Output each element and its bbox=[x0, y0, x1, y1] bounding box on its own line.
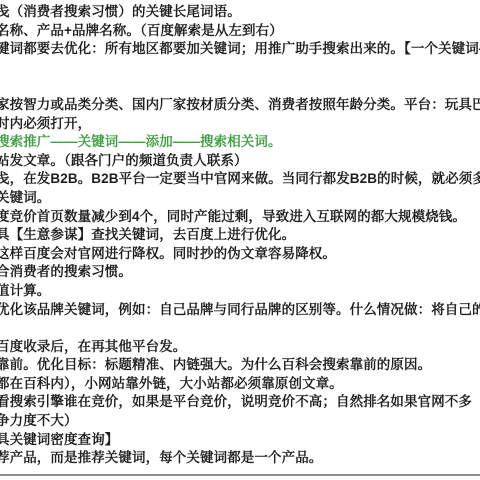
blank-line bbox=[0, 59, 480, 78]
text-line: 具【生意参谋】查找关键词，去百度上进行优化。 bbox=[0, 226, 480, 245]
text-line: 具关键词密度查询】 bbox=[0, 431, 480, 450]
text-line: 看搜索引擎谁在竞价，如果是平台竞价，说明竞价不高；自然排名如果官网不多（平 bbox=[0, 393, 480, 412]
text-line: 时内必须打开， bbox=[0, 115, 480, 134]
text-line: 优化该品牌关键词，例如：自己品牌与同行品牌的区别等。什么情况做：将自己的优 bbox=[0, 301, 480, 320]
bottom-divider-line bbox=[0, 474, 480, 476]
text-line: 争力度不大） bbox=[0, 412, 480, 431]
text-line: 都在百科内），小网站靠外链，大小站都必须靠原创文章。 bbox=[0, 375, 480, 394]
document-page: 戋（消费者搜索习惯）的关键长尾词语。 名称、产品+品牌名称。（百度解索是从左到右… bbox=[0, 0, 480, 480]
text-line: 键词都要去优化：所有地区都要加关键词；用推广助手搜索出来的。【一个关键词—— bbox=[0, 40, 480, 59]
text-line: 度竞价首页数量减少到4个，同时产能过剩，导致进入互联网的都大规模烧钱。 bbox=[0, 208, 480, 227]
blank-line bbox=[0, 77, 480, 96]
text-line: 荐产品，而是推荐关键词，每个关键词都是一个产品。 bbox=[0, 449, 480, 468]
text-line: 百度收录后，在再其他平台发。 bbox=[0, 338, 480, 357]
text-line-green-highlight: 搜索推广——关键词——添加——搜索相关词。 bbox=[0, 133, 480, 152]
text-line: 关键词。 bbox=[0, 189, 480, 208]
text-line: 靠前。优化目标：标题精准、内链强大。为什么百科会搜索靠前的原因。 bbox=[0, 356, 480, 375]
text-line: 戋，在发B2B。B2B平台一定要当中官网来做。当同行都发B2B的时候，就必须多做 bbox=[0, 170, 480, 189]
text-line: 名称、产品+品牌名称。（百度解索是从左到右） bbox=[0, 22, 480, 41]
text-line: 戋（消费者搜索习惯）的关键长尾词语。 bbox=[0, 3, 480, 22]
text-line: 合消费者的搜索习惯。 bbox=[0, 263, 480, 282]
text-line: 值计算。 bbox=[0, 282, 480, 301]
text-line: 这样百度会对官网进行降权。同时抄的伪文章容易降权。 bbox=[0, 245, 480, 264]
blank-line bbox=[0, 319, 480, 338]
text-line: 站发文章。（跟各门户的频道负责人联系） bbox=[0, 152, 480, 171]
text-line: 家按智力或品类分类、国内厂家按材质分类、消费者按照年龄分类。平台：玩具巴巴 bbox=[0, 96, 480, 115]
